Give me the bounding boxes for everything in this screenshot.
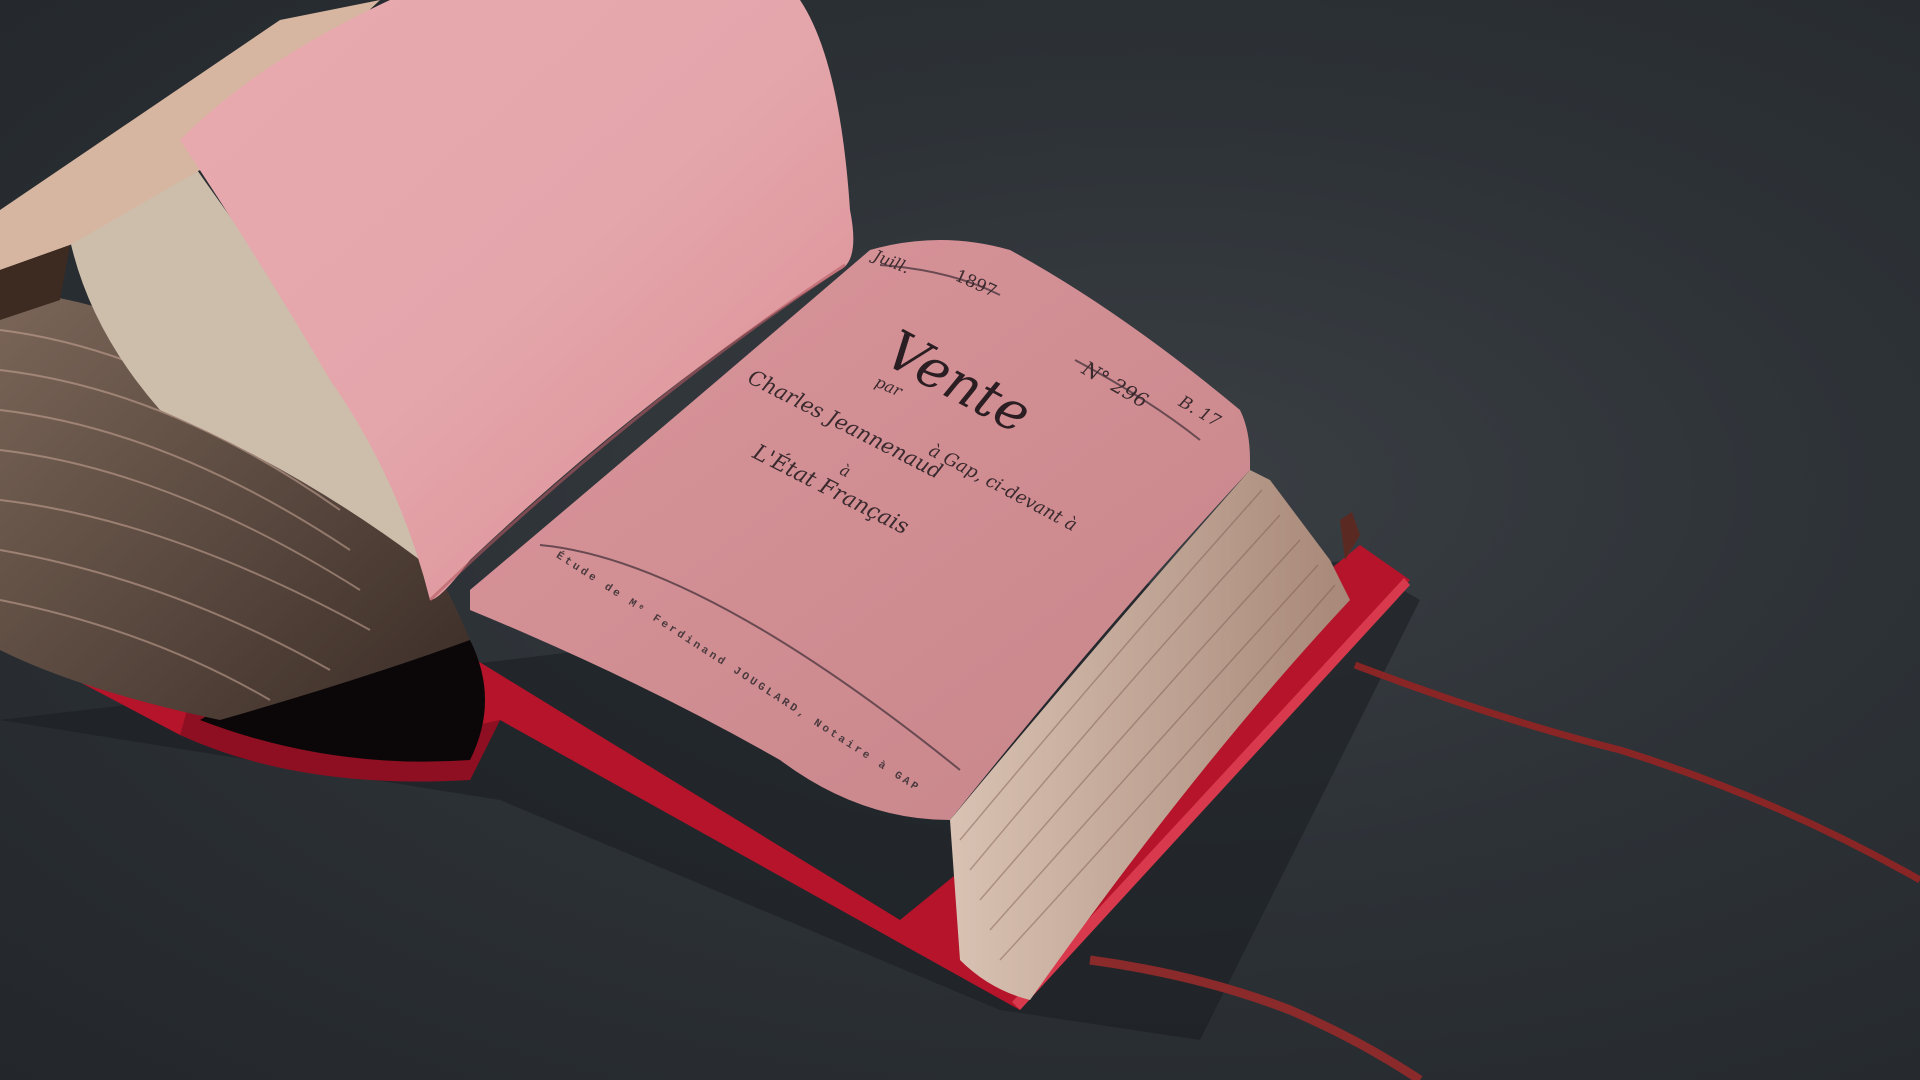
ribbon-upper [1355,665,1920,880]
book-illustration [0,0,1920,1080]
photo-scene: Juill. 1897 Vente N° 296 B. 17 Charles J… [0,0,1920,1080]
